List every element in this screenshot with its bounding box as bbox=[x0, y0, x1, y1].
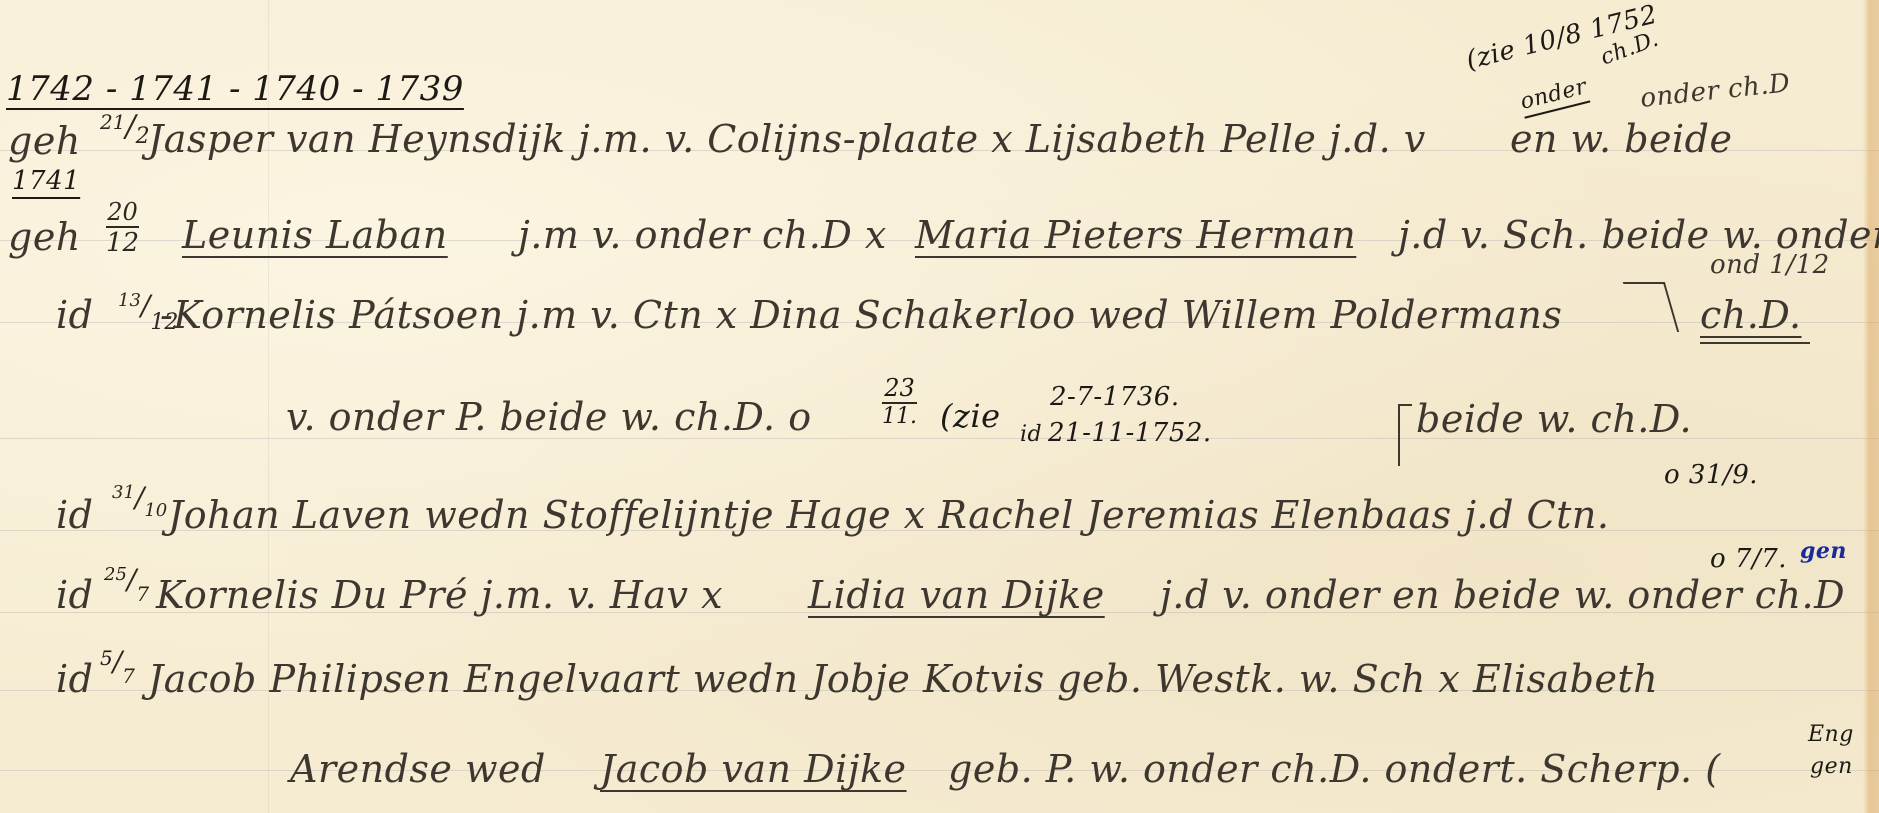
entry-5-annotation: o 7/7. bbox=[1710, 546, 1787, 572]
entry-3-line2-right: beide w. ch.D. bbox=[1416, 400, 1692, 438]
date-day: 23 bbox=[884, 376, 915, 400]
entry-3-zie-label: (zie bbox=[940, 400, 1001, 432]
entry-4-text: Johan Laven wedn Stoffelijntje Hage x Ra… bbox=[168, 496, 1609, 534]
entry-2-text-end: j.d v. Sch. beide w. onder bbox=[1398, 216, 1879, 254]
date-month: 7 bbox=[136, 584, 149, 604]
date-day: 25 bbox=[104, 566, 127, 584]
entry-1-right-note: onder ch.D bbox=[1639, 70, 1791, 112]
date-month: 11. bbox=[882, 406, 917, 428]
entry-6-line2-end: geb. P. w. onder ch.D. ondert. Scherp. ( bbox=[948, 750, 1721, 788]
entry-3-zie-date-2-prefix: id bbox=[1020, 424, 1042, 446]
entry-6-line2-start: Arendse wed bbox=[290, 750, 546, 788]
entry-2-groom: Leunis Laban bbox=[182, 216, 448, 254]
entry-5-text-start: Kornelis Du Pré j.m. v. Hav x bbox=[156, 576, 723, 614]
entry-6-prefix: id bbox=[56, 660, 93, 698]
date-month: 10 bbox=[144, 502, 167, 520]
entry-6-date: 5 / 7 bbox=[100, 648, 135, 686]
date-slash: / bbox=[113, 648, 122, 676]
entry-6-line2-name: Jacob van Dijke bbox=[600, 750, 907, 788]
date-day: 31 bbox=[112, 484, 135, 502]
entry-3-zie-date-2: 21-11-1752. bbox=[1048, 420, 1212, 446]
entry-2-prefix: geh bbox=[8, 218, 81, 256]
date-slash: / bbox=[135, 484, 144, 512]
date-day: 13 bbox=[118, 292, 141, 310]
bracket-line bbox=[1398, 404, 1412, 466]
entry-5-date: 25 / 7 bbox=[104, 566, 149, 604]
entry-2-date: 20 12 bbox=[106, 200, 139, 256]
date-slash: / bbox=[127, 566, 136, 594]
entry-3-line2: v. onder P. beide w. ch.D. o bbox=[286, 398, 812, 436]
entry-6-text: Jacob Philipsen Engelvaart wedn Jobje Ko… bbox=[148, 660, 1658, 698]
entry-2-text-mid: j.m v. onder ch.D x bbox=[518, 216, 887, 254]
entry-3-text: -Kornelis Pátsoen j.m v. Ctn x Dina Scha… bbox=[160, 296, 1562, 334]
entry-5-annotation-blue: gen bbox=[1800, 540, 1847, 562]
entry-1-prefix: geh bbox=[8, 122, 81, 160]
entry-3-prefix: id bbox=[56, 296, 93, 334]
entry-3-annotation-top: ond 1/12 bbox=[1710, 252, 1830, 278]
entry-5-prefix: id bbox=[56, 576, 93, 614]
entry-3-line2-date: 23 11. bbox=[882, 376, 917, 428]
bracket-line bbox=[1700, 342, 1810, 344]
entry-1-inserted-onder: onder bbox=[1518, 76, 1589, 114]
entry-4-date: 31 / 10 bbox=[112, 484, 167, 520]
entry-2-bride: Maria Pieters Herman bbox=[915, 216, 1356, 254]
entry-6-annotation-top: Eng bbox=[1808, 724, 1854, 746]
date-slash: / bbox=[141, 292, 150, 320]
entry-1-date: 21 / 2 bbox=[100, 112, 150, 148]
margin-year-1741: 1741 bbox=[12, 168, 80, 194]
entry-1-text: Jasper van Heynsdijk j.m. v. Colijns-pla… bbox=[148, 120, 1426, 158]
bracket-line bbox=[1623, 282, 1679, 332]
entry-4-annotation: o 31/9. bbox=[1664, 462, 1758, 488]
entry-5-text-end: j.d v. onder en beide w. onder ch.D bbox=[1160, 576, 1845, 614]
entry-1-continuation: en w. beide bbox=[1510, 120, 1733, 158]
heading-years: 1742 - 1741 - 1740 - 1739 bbox=[6, 72, 464, 106]
date-month: 7 bbox=[122, 666, 135, 686]
date-month: 12 bbox=[106, 230, 139, 256]
entry-3-text-end: ch.D. bbox=[1700, 296, 1802, 334]
entry-5-bride: Lidia van Dijke bbox=[808, 576, 1105, 614]
page-edge-stain bbox=[1863, 0, 1879, 813]
date-day: 21 bbox=[100, 112, 125, 132]
date-day: 20 bbox=[107, 200, 138, 224]
entry-6-annotation-bottom: gen bbox=[1810, 756, 1853, 778]
date-slash: / bbox=[125, 112, 135, 142]
entry-3-zie-date-1: 2-7-1736. bbox=[1050, 384, 1180, 410]
date-day: 5 bbox=[100, 648, 113, 668]
entry-4-prefix: id bbox=[56, 496, 93, 534]
